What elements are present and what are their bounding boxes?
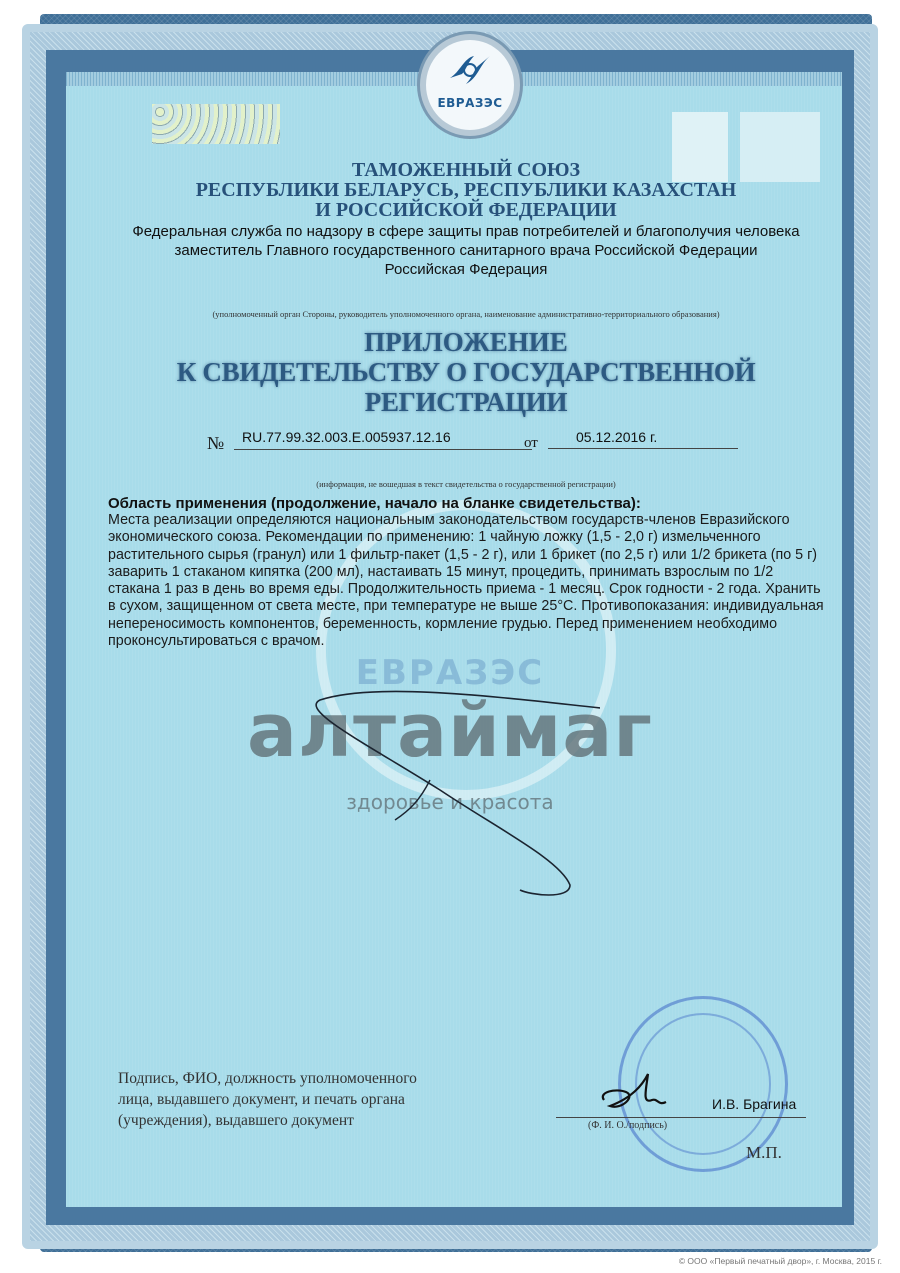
registration-date: 05.12.2016 г. — [548, 429, 738, 449]
document-title: ПРИЛОЖЕНИЕ — [108, 327, 824, 357]
authority-block: Федеральная служба по надзору в сфере за… — [108, 222, 824, 279]
eurasec-logo: ЕВРАЗЭС — [420, 34, 520, 136]
cancel-scribble-icon — [300, 680, 600, 900]
authority-line: Российская Федерация — [108, 260, 824, 279]
registration-number: RU.77.99.32.003.E.005937.12.16 — [234, 429, 532, 450]
document-body: ТАМОЖЕННЫЙ СОЮЗ РЕСПУБЛИКИ БЕЛАРУСЬ, РЕС… — [108, 160, 824, 650]
scope-text: Места реализации определяются национальн… — [108, 512, 824, 650]
eurasec-emblem-icon — [448, 52, 492, 88]
authority-line: заместитель Главного государственного са… — [108, 241, 824, 260]
scope-heading: Область применения (продолжение, начало … — [108, 495, 824, 512]
signature-label-line: (учреждения), выдавшего документ — [118, 1110, 502, 1131]
signature-label: Подпись, ФИО, должность уполномоченного … — [118, 1068, 502, 1131]
date-label: от — [524, 435, 538, 452]
document-subtitle: К СВИДЕТЕЛЬСТВУ О ГОСУДАРСТВЕННОЙ РЕГИСТ… — [108, 357, 824, 417]
union-title-line: РЕСПУБЛИКИ БЕЛАРУСЬ, РЕСПУБЛИКИ КАЗАХСТА… — [108, 180, 824, 200]
signature-line — [556, 1117, 806, 1118]
handwritten-signature-icon — [596, 1070, 676, 1120]
signature-caption: (Ф. И. О./подпись) — [588, 1120, 667, 1131]
hologram-icon — [152, 104, 280, 144]
union-title-line: И РОССИЙСКОЙ ФЕДЕРАЦИИ — [108, 200, 824, 220]
number-label: № — [207, 433, 224, 454]
authority-caption: (уполномоченный орган Стороны, руководит… — [108, 309, 824, 319]
authority-line: Федеральная служба по надзору в сфере за… — [108, 222, 824, 241]
seal-mark: М.П. — [746, 1143, 782, 1163]
signature-label-line: лица, выдавшего документ, и печать орган… — [118, 1089, 502, 1110]
printer-copyright: © ООО «Первый печатный двор», г. Москва,… — [679, 1256, 882, 1266]
eurasec-logo-text: ЕВРАЗЭС — [426, 96, 514, 110]
signer-name: И.В. Брагина — [712, 1096, 796, 1112]
registration-line: № RU.77.99.32.003.E.005937.12.16 от 05.1… — [108, 429, 824, 453]
info-caption: (информация, не вошедшая в текст свидете… — [108, 479, 824, 489]
union-title-line: ТАМОЖЕННЫЙ СОЮЗ — [108, 160, 824, 180]
signature-label-line: Подпись, ФИО, должность уполномоченного — [118, 1068, 502, 1089]
